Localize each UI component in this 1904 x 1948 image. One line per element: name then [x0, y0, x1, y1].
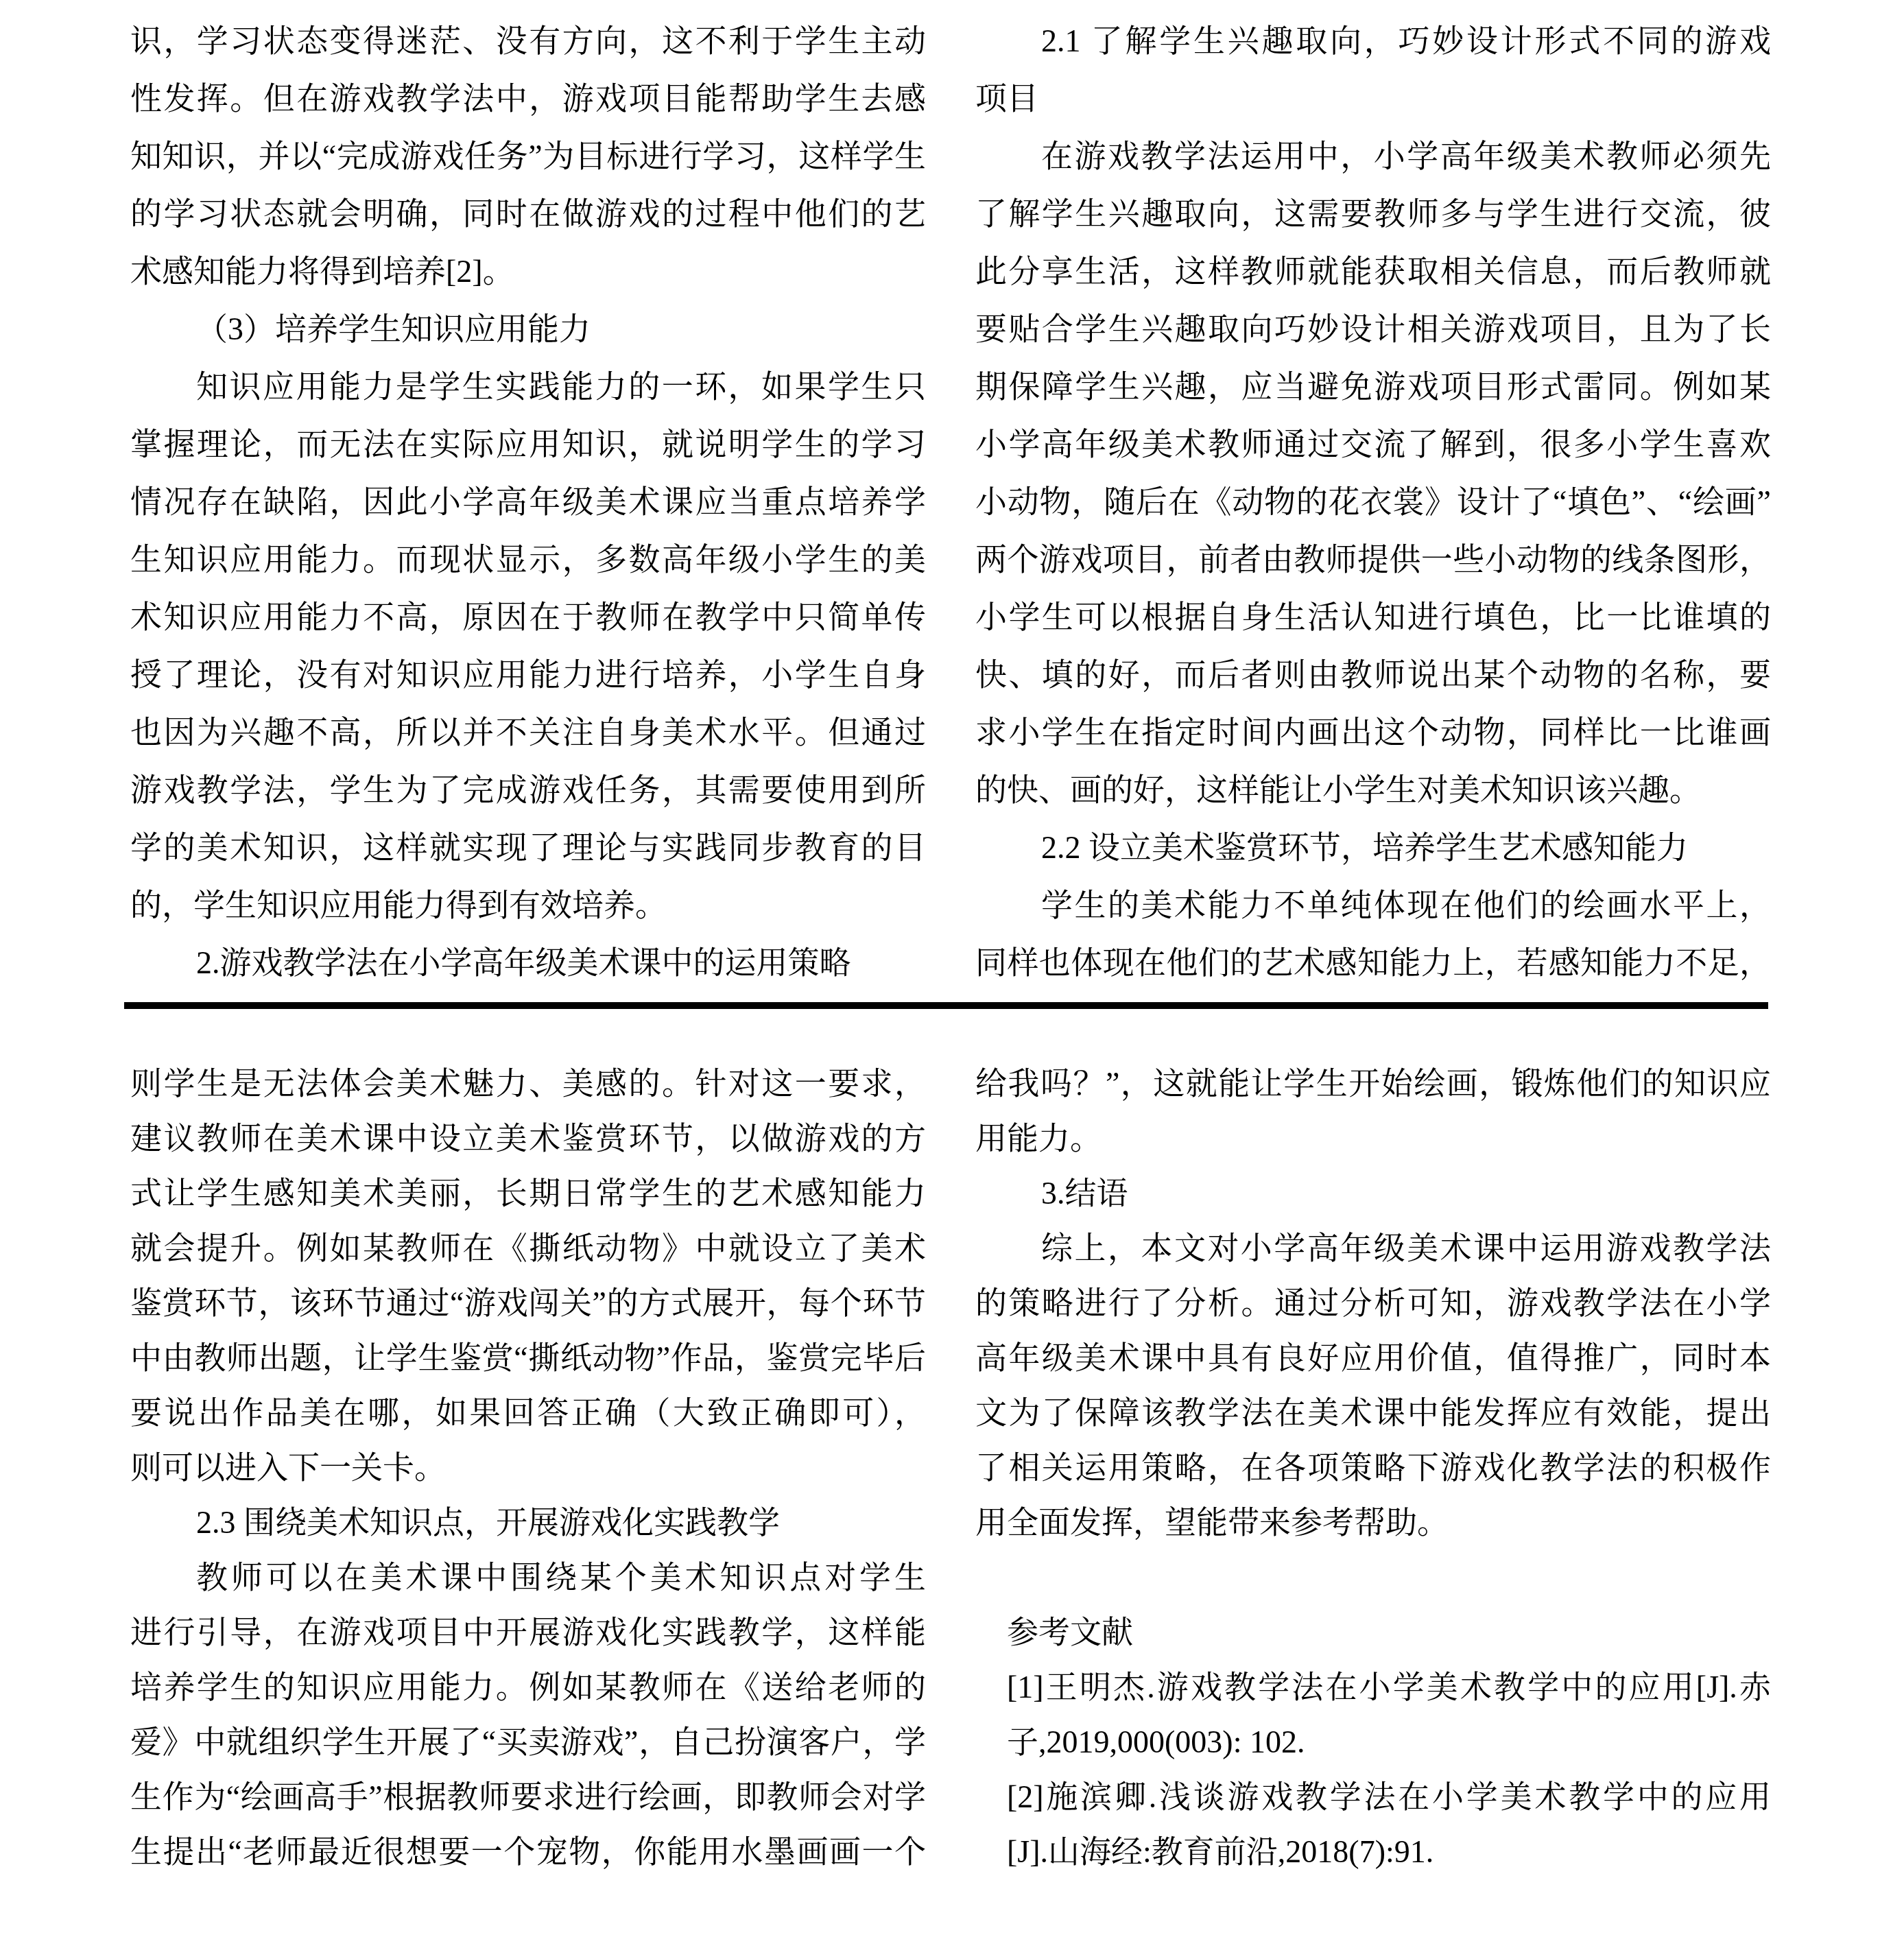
text-line: 同样也体现在他们的艺术感知能力上，若感知能力不足， [975, 934, 1771, 992]
text-line: 中由教师出题，让学生鉴赏“撕纸动物”作品，鉴赏完毕后 [130, 1331, 926, 1386]
text-line: 则学生是无法体会美术魅力、美感的。针对这一要求， [130, 1056, 926, 1111]
text-line: 文为了保障该教学法在美术课中能发挥应有效能，提出 [975, 1386, 1771, 1440]
text-line: [2]施滨卿.浅谈游戏教学法在小学美术教学中的应用 [975, 1770, 1771, 1825]
text-line: 项目 [975, 70, 1771, 128]
text-line: 鉴赏环节，该环节通过“游戏闯关”的方式展开，每个环节 [130, 1276, 926, 1331]
text-line: 术知识应用能力不高，原因在于教师在教学中只简单传 [130, 589, 926, 646]
page-break-divider [124, 1002, 1768, 1009]
text-line: 知知识，并以“完成游戏任务”为目标进行学习，这样学生 [130, 128, 926, 185]
text-line: 学生的美术能力不单纯体现在他们的绘画水平上， [975, 877, 1771, 934]
text-line: 掌握理论，而无法在实际应用知识，就说明学生的学习 [130, 416, 926, 473]
text-line: 也因为兴趣不高，所以并不关注自身美术水平。但通过 [130, 704, 926, 761]
text-line: 用能力。 [975, 1111, 1771, 1166]
text-line: 培养学生的知识应用能力。例如某教师在《送给老师的 [130, 1660, 926, 1715]
text-line: 两个游戏项目，前者由教师提供一些小动物的线条图形， [975, 531, 1771, 589]
text-line: 术感知能力将得到培养[2]。 [130, 243, 926, 300]
text-line: 小学生可以根据自身生活认知进行填色，比一比谁填的 [975, 589, 1771, 646]
text-line: 的策略进行了分析。通过分析可知，游戏教学法在小学 [975, 1276, 1771, 1331]
column-top-left: 识，学习状态变得迷茫、没有方向，这不利于学生主动性发挥。但在游戏教学法中，游戏项… [130, 12, 926, 992]
text-line: 进行引导，在游戏项目中开展游戏化实践教学，这样能 [130, 1605, 926, 1660]
text-line: 要贴合学生兴趣取向巧妙设计相关游戏项目，且为了长 [975, 300, 1771, 358]
text-line: 2.2 设立美术鉴赏环节，培养学生艺术感知能力 [975, 819, 1771, 877]
text-line: 知识应用能力是学生实践能力的一环，如果学生只 [130, 358, 926, 416]
text-line: 了解学生兴趣取向，这需要教师多与学生进行交流，彼 [975, 185, 1771, 243]
text-line: [1]王明杰.游戏教学法在小学美术教学中的应用[J].赤 [975, 1660, 1771, 1715]
text-line: 游戏教学法，学生为了完成游戏任务，其需要使用到所 [130, 761, 926, 819]
text-line: 综上，本文对小学高年级美术课中运用游戏教学法 [975, 1221, 1771, 1276]
text-line: 求小学生在指定时间内画出这个动物，同样比一比谁画 [975, 704, 1771, 761]
column-bottom-right: 给我吗？”，这就能让学生开始绘画，锻炼他们的知识应用能力。3.结语综上，本文对小… [975, 1056, 1771, 1879]
column-bottom-left: 则学生是无法体会美术魅力、美感的。针对这一要求，建议教师在美术课中设立美术鉴赏环… [130, 1056, 926, 1879]
text-line: 期保障学生兴趣，应当避免游戏项目形式雷同。例如某 [975, 358, 1771, 416]
text-line: 的快、画的好，这样能让小学生对美术知识该兴趣。 [975, 761, 1771, 819]
text-line: 子,2019,000(003): 102. [975, 1715, 1771, 1770]
text-line: 了相关运用策略，在各项策略下游戏化教学法的积极作 [975, 1440, 1771, 1495]
text-line: 小动物，随后在《动物的花衣裳》设计了“填色”、“绘画” [975, 473, 1771, 531]
text-line: 的，学生知识应用能力得到有效培养。 [130, 877, 926, 934]
text-line: 生作为“绘画高手”根据教师要求进行绘画，即教师会对学 [130, 1770, 926, 1825]
column-top-right: 2.1 了解学生兴趣取向，巧妙设计形式不同的游戏项目在游戏教学法运用中，小学高年… [975, 12, 1771, 992]
text-line: 用全面发挥，望能带来参考帮助。 [975, 1495, 1771, 1550]
text-line: [J].山海经:教育前沿,2018(7):91. [975, 1825, 1771, 1879]
text-line: 则可以进入下一关卡。 [130, 1440, 926, 1495]
text-line: 2.游戏教学法在小学高年级美术课中的运用策略 [130, 934, 926, 992]
text-line: 就会提升。例如某教师在《撕纸动物》中就设立了美术 [130, 1221, 926, 1276]
text-line: 快、填的好，而后者则由教师说出某个动物的名称，要 [975, 646, 1771, 704]
text-line: 2.1 了解学生兴趣取向，巧妙设计形式不同的游戏 [975, 12, 1771, 70]
text-line: 式让学生感知美术美丽，长期日常学生的艺术感知能力 [130, 1166, 926, 1221]
text-line: 在游戏教学法运用中，小学高年级美术教师必须先 [975, 128, 1771, 185]
text-line: 授了理论，没有对知识应用能力进行培养，小学生自身 [130, 646, 926, 704]
text-line: 识，学习状态变得迷茫、没有方向，这不利于学生主动 [130, 12, 926, 70]
document-page: 识，学习状态变得迷茫、没有方向，这不利于学生主动性发挥。但在游戏教学法中，游戏项… [0, 0, 1904, 1948]
text-line: 的学习状态就会明确，同时在做游戏的过程中他们的艺 [130, 185, 926, 243]
text-line: 要说出作品美在哪，如果回答正确（大致正确即可）， [130, 1386, 926, 1440]
text-line: 2.3 围绕美术知识点，开展游戏化实践教学 [130, 1495, 926, 1550]
text-line: 建议教师在美术课中设立美术鉴赏环节，以做游戏的方 [130, 1111, 926, 1166]
text-line: 小学高年级美术教师通过交流了解到，很多小学生喜欢 [975, 416, 1771, 473]
text-line: 学的美术知识，这样就实现了理论与实践同步教育的目 [130, 819, 926, 877]
text-line: 给我吗？”，这就能让学生开始绘画，锻炼他们的知识应 [975, 1056, 1771, 1111]
text-line: 爱》中就组织学生开展了“买卖游戏”，自己扮演客户，学 [130, 1715, 926, 1770]
text-line [975, 1550, 1771, 1605]
text-line: （3）培养学生知识应用能力 [130, 300, 926, 358]
text-line: 生知识应用能力。而现状显示，多数高年级小学生的美 [130, 531, 926, 589]
text-line: 性发挥。但在游戏教学法中，游戏项目能帮助学生去感 [130, 70, 926, 128]
text-line: 参考文献 [975, 1605, 1771, 1660]
text-line: 情况存在缺陷，因此小学高年级美术课应当重点培养学 [130, 473, 926, 531]
text-line: 高年级美术课中具有良好应用价值，值得推广，同时本 [975, 1331, 1771, 1386]
text-line: 3.结语 [975, 1166, 1771, 1221]
text-line: 此分享生活，这样教师就能获取相关信息，而后教师就 [975, 243, 1771, 300]
text-line: 教师可以在美术课中围绕某个美术知识点对学生 [130, 1550, 926, 1605]
text-line: 生提出“老师最近很想要一个宠物，你能用水墨画画一个 [130, 1825, 926, 1879]
